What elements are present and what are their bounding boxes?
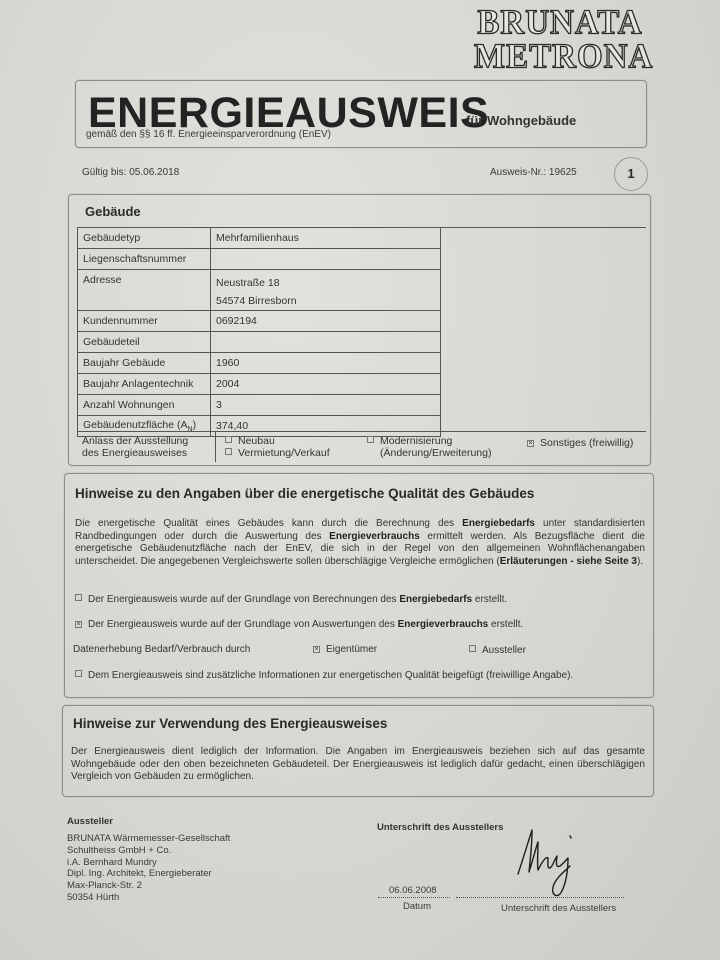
issuer-address: BRUNATA Wärmemesser-Gesellschaft Schulth… [67, 833, 230, 904]
occasion-label: Anlass der Ausstellung des Energieauswei… [82, 435, 212, 459]
row-label: Anzahl Wohnungen [78, 395, 211, 416]
usage-notes-text: Der Energieausweis dient lediglich der I… [71, 746, 645, 784]
row-label: Gebäudeteil [78, 332, 211, 353]
option-label: Vermietung/Verkauf [238, 447, 330, 459]
option-label: Sonstiges (freiwillig) [540, 437, 633, 449]
issuer-line: Max-Planck-Str. 2 [67, 880, 230, 892]
brunata-metrona-logo: BRUNATA METRONA [474, 6, 646, 73]
signature-date: 06.06.2008 [389, 885, 437, 896]
issuer-line: Schultheiss GmbH + Co. [67, 845, 230, 857]
data-collection-label: Datenerhebung Bedarf/Verbrauch durch [73, 644, 250, 655]
address-city: 54574 Birresborn [216, 292, 435, 310]
basis-consumption-option[interactable]: ×Der Energieausweis wurde auf der Grundl… [75, 619, 523, 630]
table-row: Liegenschaftsnummer [78, 249, 441, 270]
checked-checkbox-icon[interactable]: × [527, 440, 534, 447]
additional-info-option[interactable]: Dem Energieausweis sind zusätzliche Info… [75, 670, 573, 681]
option-vermietung-verkauf[interactable]: Vermietung/Verkauf [225, 447, 330, 459]
checkbox-icon[interactable] [469, 645, 476, 652]
divider [215, 432, 216, 462]
certificate-number: Ausweis-Nr.: 19625 [490, 167, 577, 178]
usage-notes-title: Hinweise zur Verwendung des Energieauswe… [73, 716, 387, 731]
row-value-address: Neustraße 18 54574 Birresborn [211, 270, 441, 311]
checkbox-icon[interactable] [75, 594, 82, 601]
text: erstellt. [488, 619, 523, 630]
row-label: Baujahr Anlagentechnik [78, 374, 211, 395]
quality-notes-paragraph: Die energetische Qualität eines Gebäudes… [75, 518, 645, 568]
occasion-label-line-2: des Energieausweises [82, 447, 212, 459]
option-label: Neubau [238, 435, 275, 447]
row-value: 1960 [211, 353, 441, 374]
checkbox-icon[interactable] [367, 436, 374, 443]
issuer-line: BRUNATA Wärmemesser-Gesellschaft [67, 833, 230, 845]
bold-text: Energieverbrauchs [398, 619, 489, 630]
checkbox-icon[interactable] [75, 670, 82, 677]
option-label: Eigentümer [326, 644, 377, 655]
quality-notes-title: Hinweise zu den Angaben über die energet… [75, 486, 534, 501]
row-label: Kundennummer [78, 311, 211, 332]
row-value [211, 249, 441, 270]
table-row: Adresse Neustraße 18 54574 Birresborn [78, 270, 441, 311]
row-value: Mehrfamilienhaus [211, 228, 441, 249]
legal-basis: gemäß den §§ 16 ff. Energieeinsparverord… [86, 129, 331, 140]
occasion-label-line-1: Anlass der Ausstellung [82, 435, 212, 447]
issuer-line: i.A. Bernhard Mundry [67, 857, 230, 869]
table-row: Baujahr Gebäude 1960 [78, 353, 441, 374]
option-label-line-2: (Änderung/Erweiterung) [367, 447, 491, 459]
table-row: Kundennummer 0692194 [78, 311, 441, 332]
issuance-occasion: Anlass der Ausstellung des Energieauswei… [77, 431, 646, 461]
issuer-line: Dipl. Ing. Architekt, Energieberater [67, 868, 230, 880]
bold-text: Energieverbrauchs [329, 531, 420, 542]
address-street: Neustraße 18 [216, 274, 435, 292]
row-label: Adresse [78, 270, 211, 311]
document-page: BRUNATA METRONA ENERGIEAUSWEIS für Wohng… [0, 0, 720, 960]
basis-demand-option[interactable]: Der Energieausweis wurde auf der Grundla… [75, 594, 507, 605]
issuer-title: Aussteller [67, 816, 113, 827]
option-modernisierung[interactable]: Modernisierung (Änderung/Erweiterung) [367, 435, 491, 459]
row-label: Liegenschaftsnummer [78, 249, 211, 270]
handwritten-signature [510, 826, 580, 898]
issuer-line: 50354 Hürth [67, 892, 230, 904]
checked-checkbox-icon[interactable]: × [75, 621, 82, 628]
text: Dem Energieausweis sind zusätzliche Info… [88, 670, 573, 681]
option-neubau[interactable]: Neubau [225, 435, 275, 447]
row-value: 2004 [211, 374, 441, 395]
valid-until: Gültig bis: 05.06.2018 [82, 167, 179, 178]
text: erstellt. [472, 594, 507, 605]
text: Die energetische Qualität eines Gebäudes… [75, 518, 462, 529]
checked-checkbox-icon[interactable]: × [313, 646, 320, 653]
signature-label: Unterschrift des Ausstellers [501, 903, 616, 914]
row-value: 0692194 [211, 311, 441, 332]
table-row: Baujahr Anlagentechnik 2004 [78, 374, 441, 395]
page-number-badge: 1 [614, 157, 648, 191]
table-row: Gebäudetyp Mehrfamilienhaus [78, 228, 441, 249]
text: Der Energieausweis wurde auf der Grundla… [88, 594, 399, 605]
label-end: ) [193, 419, 197, 431]
row-label: Gebäudetyp [78, 228, 211, 249]
option-label: Modernisierung [380, 435, 452, 447]
row-value: 3 [211, 395, 441, 416]
signature-title: Unterschrift des Ausstellers [377, 822, 503, 833]
text: Der Energieausweis wurde auf der Grundla… [88, 619, 398, 630]
building-section-title: Gebäude [85, 204, 141, 219]
row-value [211, 332, 441, 353]
logo-line-2: METRONA [474, 40, 646, 74]
building-photo-area [441, 227, 646, 431]
data-collection-issuer[interactable]: Aussteller [469, 645, 526, 656]
title-box: ENERGIEAUSWEIS für Wohngebäude gemäß den… [75, 80, 647, 148]
table-row: Gebäudeteil [78, 332, 441, 353]
usage-notes-section: Hinweise zur Verwendung des Energieauswe… [62, 705, 654, 797]
document-subtitle: für Wohngebäude [466, 113, 576, 128]
logo-line-1: BRUNATA [474, 6, 646, 40]
date-label: Datum [403, 901, 431, 912]
checkbox-icon[interactable] [225, 448, 232, 455]
building-section: Gebäude Gebäudetyp Mehrfamilienhaus Lieg… [68, 194, 651, 466]
text: ). [637, 556, 643, 567]
bold-text: Energiebedarfs [462, 518, 535, 529]
building-table: Gebäudetyp Mehrfamilienhaus Liegenschaft… [77, 227, 441, 437]
row-label: Baujahr Gebäude [78, 353, 211, 374]
date-line [378, 897, 450, 898]
bold-text: Erläuterungen - siehe Seite 3 [500, 556, 637, 567]
data-collection-owner[interactable]: ×Eigentümer [313, 644, 377, 655]
label-text: Gebäudenutzfläche (A [83, 419, 188, 431]
bold-text: Energiebedarfs [399, 594, 472, 605]
checkbox-icon[interactable] [225, 436, 232, 443]
quality-notes-section: Hinweise zu den Angaben über die energet… [64, 473, 654, 698]
option-label: Aussteller [482, 645, 526, 656]
table-row: Anzahl Wohnungen 3 [78, 395, 441, 416]
option-sonstiges[interactable]: ×Sonstiges (freiwillig) [527, 437, 633, 449]
